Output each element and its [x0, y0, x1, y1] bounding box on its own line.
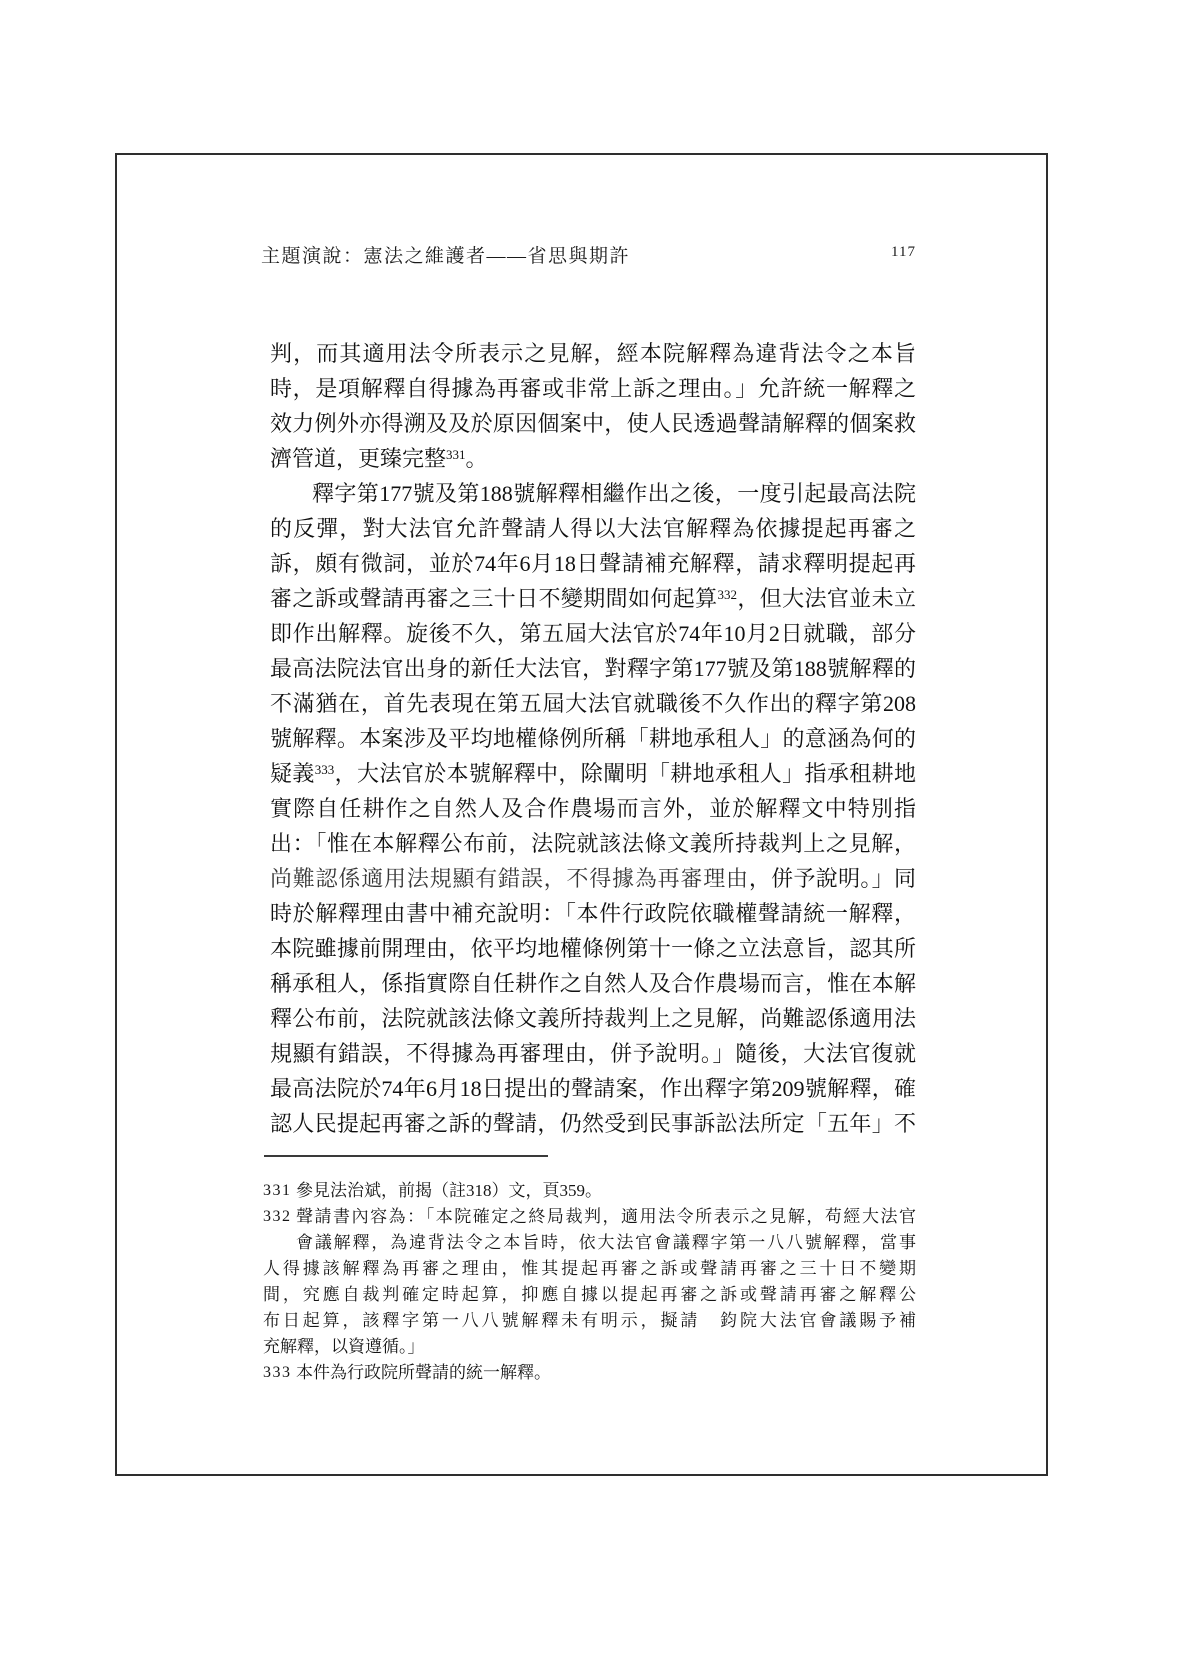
text-segment: 實際自任耕作之自然人及合作農場而言外，並於解釋文中特別指	[270, 796, 916, 821]
footnote-line: 會議解釋，為違背法令之本旨時，依大法官會議釋字第一八八號解釋，當事	[263, 1230, 916, 1256]
text-segment: 濟管道，更臻完整	[270, 446, 446, 471]
body-line: 的反彈，對大法官允許聲請人得以大法官解釋為依據提起再審之	[270, 511, 916, 546]
body-text: 判，而其適用法令所表示之見解，經本院解釋為違背法令之本旨時，是項解釋自得據為再審…	[270, 336, 916, 1141]
body-line: 即作出解釋。旋後不久，第五屆大法官於74年10月2日就職，部分	[270, 616, 916, 651]
footnote-line: 布日起算，該釋字第一八八號解釋未有明示，擬請 鈞院大法官會議賜予補	[263, 1308, 916, 1334]
body-line: 最高法院法官出身的新任大法官，對釋字第177號及第188號解釋的	[270, 651, 916, 686]
footnote-text: 本件為行政院所聲請的統一解釋。	[296, 1363, 551, 1382]
body-line: 濟管道，更臻完整331。	[270, 441, 916, 476]
footnote-reference: 331	[446, 447, 466, 462]
text-segment: 最高法院於74年6月18日提出的聲請案，作出釋字第209號解釋，確	[270, 1076, 916, 1101]
body-line: 時於解釋理由書中補充說明：「本件行政院依職權聲請統一解釋，	[270, 896, 916, 931]
text-segment: 訴，頗有微詞，並於74年6月18日聲請補充解釋，請求釋明提起再	[270, 551, 916, 576]
footnote-number: 333	[263, 1360, 292, 1386]
text-segment: 不滿猶在，首先表現在第五屆大法官就職後不久作出的釋字第208	[270, 691, 916, 716]
text-segment: 的反彈，對大法官允許聲請人得以大法官解釋為依據提起再審之	[270, 516, 916, 541]
text-segment: 出：「惟在本解釋公布前，法院就該法條文義所持裁判上之見解，	[270, 831, 916, 856]
text-segment: ，大法官於本號解釋中，除闡明「耕地承租人」指承租耕地	[334, 761, 916, 786]
text-segment: 釋字第177號及第188號解釋相繼作出之後，一度引起最高法院	[312, 481, 916, 506]
footnote-text: 聲請書內容為：「本院確定之終局裁判，適用法令所表示之見解，苟經大法官	[296, 1207, 916, 1226]
footnote-text: 布日起算，該釋字第一八八號解釋未有明示，擬請 鈞院大法官會議賜予補	[263, 1311, 916, 1330]
text-segment: 釋公布前，法院就該法條文義所持裁判上之見解，尚難認係適用法	[270, 1006, 916, 1031]
body-line: 釋字第177號及第188號解釋相繼作出之後，一度引起最高法院	[270, 476, 916, 511]
footnote-text: 參見法治斌，前揭（註318）文，頁359。	[296, 1181, 602, 1200]
text-segment: 判，而其適用法令所表示之見解，經本院解釋為違背法令之本旨	[270, 341, 916, 366]
body-line: 不滿猶在，首先表現在第五屆大法官就職後不久作出的釋字第208	[270, 686, 916, 721]
body-line: 釋公布前，法院就該法條文義所持裁判上之見解，尚難認係適用法	[270, 1001, 916, 1036]
text-segment: 認人民提起再審之訴的聲請，仍然受到民事訴訟法所定「五年」不	[270, 1111, 916, 1136]
body-line: 判，而其適用法令所表示之見解，經本院解釋為違背法令之本旨	[270, 336, 916, 371]
body-line: 疑義333，大法官於本號解釋中，除闡明「耕地承租人」指承租耕地	[270, 756, 916, 791]
text-segment: ，但大法官並未立	[737, 586, 916, 611]
text-segment: 。	[466, 446, 488, 471]
text-segment: 時於解釋理由書中補充說明：「本件行政院依職權聲請統一解釋，	[270, 901, 916, 926]
footnote-number: 332	[263, 1204, 292, 1230]
footnote-text: 會議解釋，為違背法令之本旨時，依大法官會議釋字第一八八號解釋，當事	[296, 1233, 916, 1252]
text-segment: 時，是項解釋自得據為再審或非常上訴之理由。」允許統一解釋之	[270, 376, 916, 401]
footnote-line: 332聲請書內容為：「本院確定之終局裁判，適用法令所表示之見解，苟經大法官	[263, 1204, 916, 1230]
text-segment: ，併予說明。」同	[749, 866, 916, 891]
running-header-title: 主題演說：憲法之維護者——省思與期許	[261, 241, 630, 268]
footnote-number: 331	[263, 1178, 292, 1204]
body-line: 時，是項解釋自得據為再審或非常上訴之理由。」允許統一解釋之	[270, 371, 916, 406]
quoted-text-segment: 尚難認係適用法規顯有錯誤，不得據為再審理由	[270, 866, 749, 891]
footnote-line: 331參見法治斌，前揭（註318）文，頁359。	[263, 1178, 916, 1204]
text-segment: 本院雖據前開理由，依平均地權條例第十一條之立法意旨，認其所	[270, 936, 916, 961]
footnote-reference: 333	[315, 762, 335, 777]
footnotes: 331參見法治斌，前揭（註318）文，頁359。332聲請書內容為：「本院確定之…	[263, 1178, 916, 1386]
text-segment: 即作出解釋。旋後不久，第五屆大法官於74年10月2日就職，部分	[270, 621, 916, 646]
footnote-line: 充解釋，以資遵循。」	[263, 1334, 916, 1360]
footnote-line: 人得據該解釋為再審之理由，惟其提起再審之訴或聲請再審之三十日不變期	[263, 1256, 916, 1282]
body-line: 效力例外亦得溯及及於原因個案中，使人民透過聲請解釋的個案救	[270, 406, 916, 441]
body-line: 實際自任耕作之自然人及合作農場而言外，並於解釋文中特別指	[270, 791, 916, 826]
body-line: 稱承租人，係指實際自任耕作之自然人及合作農場而言，惟在本解	[270, 966, 916, 1001]
body-line: 審之訴或聲請再審之三十日不變期間如何起算332，但大法官並未立	[270, 581, 916, 616]
body-line: 尚難認係適用法規顯有錯誤，不得據為再審理由，併予說明。」同	[270, 861, 916, 896]
footnote-line: 333本件為行政院所聲請的統一解釋。	[263, 1360, 916, 1386]
text-segment: 審之訴或聲請再審之三十日不變期間如何起算	[270, 586, 717, 611]
body-line: 本院雖據前開理由，依平均地權條例第十一條之立法意旨，認其所	[270, 931, 916, 966]
footnote-text: 間，究應自裁判確定時起算，抑應自據以提起再審之訴或聲請再審之解釋公	[263, 1285, 916, 1304]
footnote-reference: 332	[717, 587, 737, 602]
body-line: 認人民提起再審之訴的聲請，仍然受到民事訴訟法所定「五年」不	[270, 1106, 916, 1141]
footnote-text: 人得據該解釋為再審之理由，惟其提起再審之訴或聲請再審之三十日不變期	[263, 1259, 916, 1278]
body-line: 規顯有錯誤，不得據為再審理由，併予說明。」隨後，大法官復就	[270, 1036, 916, 1071]
text-segment: 號解釋。本案涉及平均地權條例所稱「耕地承租人」的意涵為何的	[270, 726, 916, 751]
text-segment: 疑義	[270, 761, 315, 786]
footnote-separator	[264, 1155, 548, 1157]
text-segment: 效力例外亦得溯及及於原因個案中，使人民透過聲請解釋的個案救	[270, 411, 916, 436]
page-number: 117	[850, 244, 916, 261]
body-line: 最高法院於74年6月18日提出的聲請案，作出釋字第209號解釋，確	[270, 1071, 916, 1106]
footnote-line: 間，究應自裁判確定時起算，抑應自據以提起再審之訴或聲請再審之解釋公	[263, 1282, 916, 1308]
footnote-text: 充解釋，以資遵循。」	[263, 1337, 425, 1356]
text-segment: 最高法院法官出身的新任大法官，對釋字第177號及第188號解釋的	[270, 656, 916, 681]
text-segment: 稱承租人，係指實際自任耕作之自然人及合作農場而言，惟在本解	[270, 971, 916, 996]
body-line: 訴，頗有微詞，並於74年6月18日聲請補充解釋，請求釋明提起再	[270, 546, 916, 581]
document-page: { "header": { "title": "主題演說：憲法之維護者——省思與…	[0, 0, 1177, 1664]
body-line: 號解釋。本案涉及平均地權條例所稱「耕地承租人」的意涵為何的	[270, 721, 916, 756]
body-line: 出：「惟在本解釋公布前，法院就該法條文義所持裁判上之見解，	[270, 826, 916, 861]
text-segment: 規顯有錯誤，不得據為再審理由，併予說明。」隨後，大法官復就	[270, 1041, 916, 1066]
